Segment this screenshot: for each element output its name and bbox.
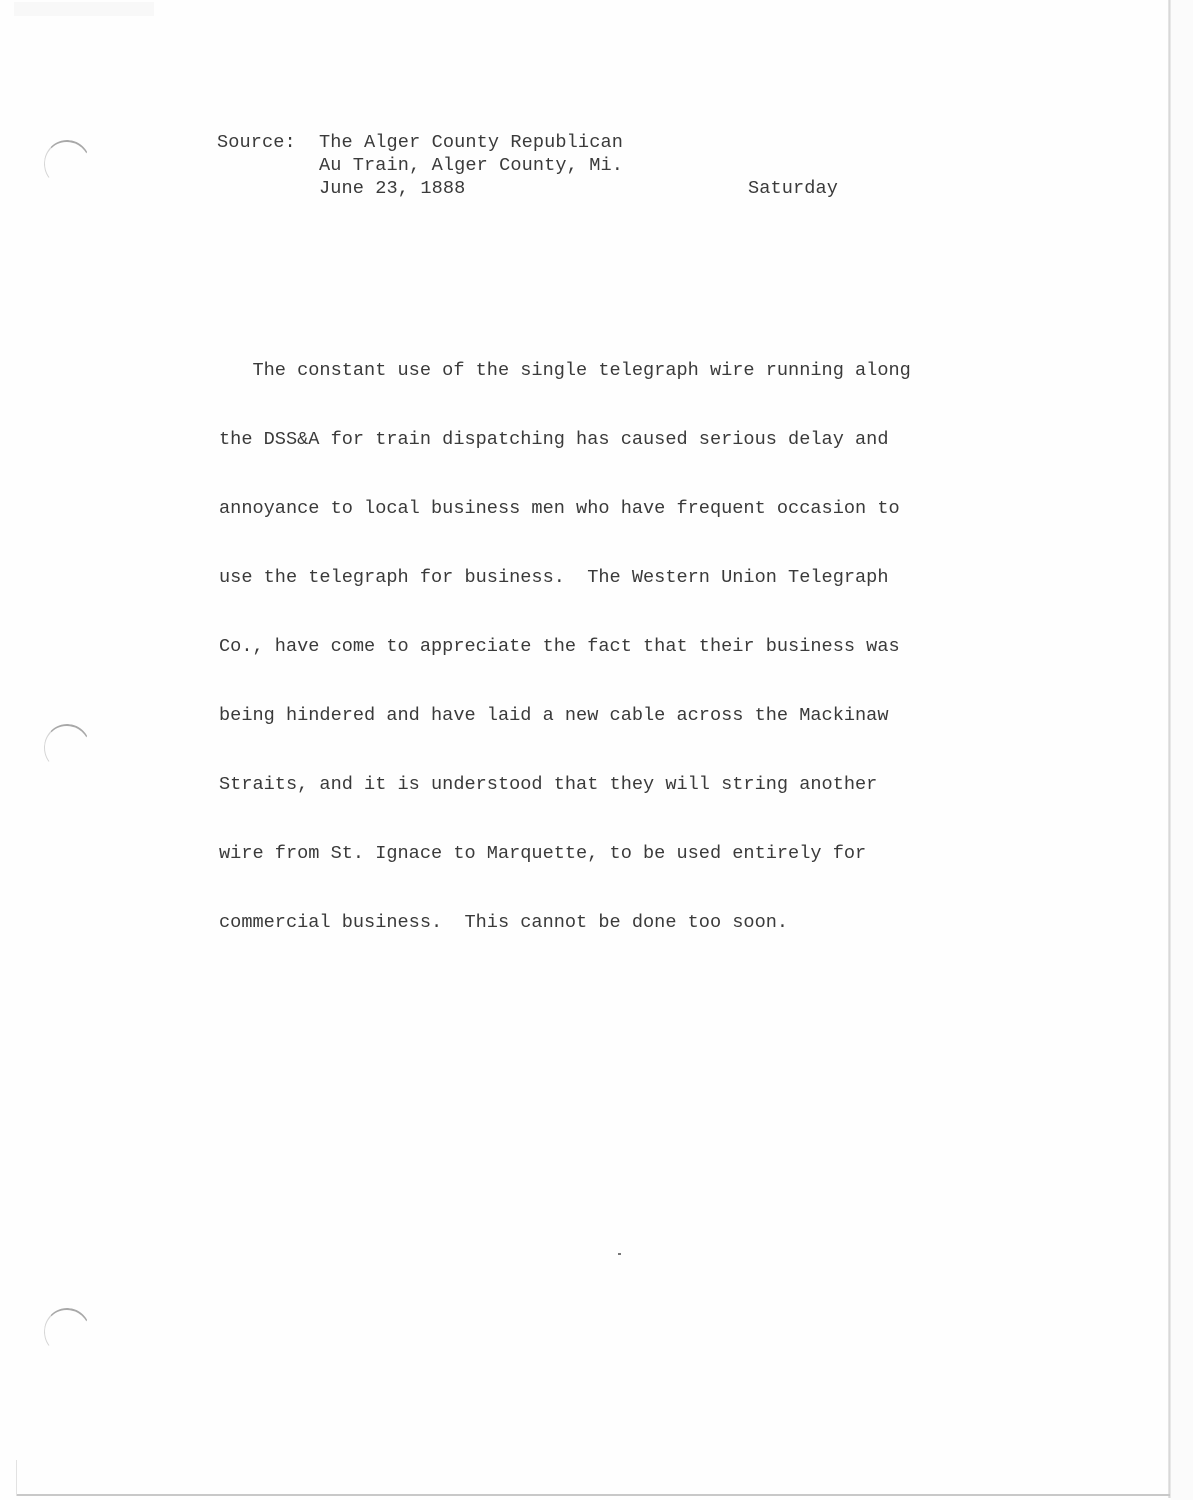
article-line: annoyance to local business men who have… <box>219 497 911 520</box>
article-line: Straits, and it is understood that they … <box>219 773 911 796</box>
binder-hole-mark <box>41 1305 93 1358</box>
scan-speck <box>618 1253 621 1255</box>
page-edge-bottom <box>16 1494 1170 1496</box>
article-body: The constant use of the single telegraph… <box>219 313 911 980</box>
article-line: use the telegraph for business. The West… <box>219 566 911 589</box>
source-weekday: Saturday <box>748 177 838 200</box>
source-location: Au Train, Alger County, Mi. <box>319 154 623 177</box>
article-line: Co., have come to appreciate the fact th… <box>219 635 911 658</box>
page-edge-right <box>1168 0 1171 1498</box>
article-line: being hindered and have laid a new cable… <box>219 704 911 727</box>
source-label: Source: <box>217 131 296 154</box>
page-edge-left <box>16 1460 17 1496</box>
article-line: The constant use of the single telegraph… <box>219 359 911 382</box>
article-line: the DSS&A for train dispatching has caus… <box>219 428 911 451</box>
binder-hole-mark <box>41 721 93 774</box>
article-line: wire from St. Ignace to Marquette, to be… <box>219 842 911 865</box>
scanned-page: Source: The Alger County Republican Au T… <box>0 0 1193 1500</box>
scan-margin-right <box>1171 0 1193 1500</box>
article-line: commercial business. This cannot be done… <box>219 911 911 934</box>
source-publication: The Alger County Republican <box>319 131 623 154</box>
bleed-through-mark <box>14 2 154 16</box>
binder-hole-mark <box>41 137 93 190</box>
source-date: June 23, 1888 <box>319 177 465 200</box>
